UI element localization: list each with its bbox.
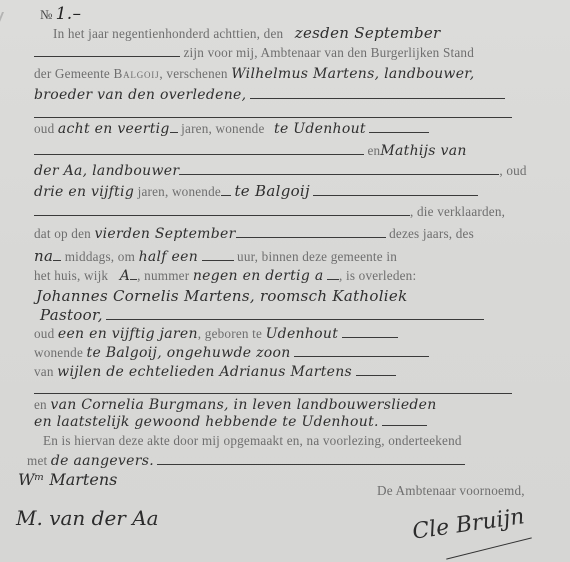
printed-text: en: [368, 143, 381, 158]
declarant-2-residence: te Balgoij: [234, 182, 310, 200]
printed-text: middags, om: [65, 249, 135, 264]
printed-text: zijn voor mij, Ambtenaar van den Burgerl…: [184, 45, 475, 60]
blank-rule: [202, 259, 234, 261]
blank-rule: [157, 463, 465, 465]
blank-rule: [170, 131, 178, 133]
printed-text: met: [27, 453, 47, 468]
line-1: In het jaar negentienhonderd achttien, d…: [53, 24, 441, 44]
blank-rule: [356, 374, 396, 376]
parents-last-residence: en laatstelijk gewoond hebbende te Udenh…: [34, 414, 379, 430]
declarant-2-handwritten: Mathijs van: [380, 143, 466, 159]
blank-rule: [34, 393, 512, 394]
line-16: oud een en vijftig jaren, geboren te Ude…: [34, 326, 398, 346]
father-name-handwritten: wijlen de echtelieden Adrianus Martens: [57, 364, 352, 380]
deceased-name-handwritten: Johannes Cornelis Martens, roomsch Katho…: [36, 287, 407, 305]
line-7: enMathijs van: [34, 143, 467, 163]
time-handwritten: half een: [139, 249, 198, 265]
official-label: De Ambtenaar voornoemd,: [377, 483, 525, 498]
blank-rule: [53, 259, 61, 261]
line-18: van wijlen de echtelieden Adrianus Marte…: [34, 364, 396, 384]
record-number-value: 1.–: [56, 4, 82, 24]
line-22: En is hiervan deze akte door mij opgemaa…: [43, 433, 462, 453]
printed-text: In het jaar negentienhonderd achttien, d…: [53, 26, 283, 41]
blank-rule: [34, 117, 512, 118]
deceased-birthplace: Udenhout: [266, 326, 339, 342]
printed-text: , geboren te: [198, 326, 262, 341]
blank-rule: [34, 153, 364, 155]
line-4: broeder van den overledene,: [34, 87, 505, 107]
signature-witness-1: Wᵐ Martens: [18, 470, 117, 489]
declarant-1-relation: broeder van den overledene,: [34, 87, 246, 103]
blank-rule: [34, 55, 180, 57]
line-11: dat op den vierden September dezes jaars…: [34, 226, 474, 246]
blank-rule: [221, 194, 231, 196]
blank-rule: [250, 97, 505, 99]
printed-text: der Gemeente: [34, 66, 110, 81]
printed-text: En is hiervan deze akte door mij opgemaa…: [43, 433, 462, 448]
declarant-1-handwritten: Wilhelmus Martens, landbouwer,: [231, 66, 474, 82]
declarant-2-occupation: der Aa, landbouwer: [34, 163, 179, 179]
municipality-name: Balgoij: [114, 66, 160, 81]
printed-text: , die verklaarden,: [410, 204, 505, 219]
line-21: en laatstelijk gewoond hebbende te Udenh…: [34, 414, 427, 434]
deceased-age: een en vijftig jaren: [58, 326, 198, 342]
blank-rule: [369, 131, 429, 133]
signature-official: Cle Bruijn: [411, 504, 526, 544]
ward-handwritten: A: [120, 268, 130, 284]
blank-rule: [382, 424, 427, 426]
printed-text: uur, binnen deze gemeente in: [237, 249, 397, 264]
blank-rule: [236, 236, 386, 238]
margin-stroke: [0, 12, 4, 107]
line-2: zijn voor mij, Ambtenaar van den Burgerl…: [34, 45, 474, 65]
signers-handwritten: de aangevers.: [51, 453, 154, 469]
signature-witness-2: M. van der Aa: [16, 506, 159, 530]
printed-text: , verschenen: [159, 66, 227, 81]
blank-rule: [179, 173, 499, 175]
number-prefix: №: [40, 7, 52, 22]
line-17: wonende te Balgoij, ongehuwde zoon: [34, 345, 429, 365]
printed-text: jaren, wonende: [138, 184, 221, 199]
deceased-residence-status: te Balgoij, ongehuwde zoon: [87, 345, 291, 361]
printed-text: oud: [34, 121, 54, 136]
declarant-1-age: acht en veertig: [58, 121, 170, 137]
deceased-occupation: Pastoor,: [40, 306, 103, 324]
printed-text: en: [34, 397, 47, 412]
line-9: drie en vijftig jaren, wonende te Balgoi…: [34, 182, 478, 202]
declarant-2-age: drie en vijftig: [34, 184, 134, 200]
date-handwritten: zesden September: [295, 24, 441, 42]
house-number-handwritten: negen en dertig a: [193, 268, 324, 284]
line-3: der Gemeente Balgoij, verschenen Wilhelm…: [34, 66, 475, 86]
line-15: Pastoor,: [40, 306, 484, 326]
signature-flourish: [446, 537, 532, 559]
printed-text: , is overleden:: [339, 268, 416, 283]
civil-death-record-page: № 1.– In het jaar negentienhonderd achtt…: [0, 0, 570, 562]
blank-rule: [313, 194, 478, 196]
line-8: der Aa, landbouwer, oud: [34, 163, 527, 183]
printed-text: dezes jaars, des: [389, 226, 474, 241]
printed-text: dat op den: [34, 226, 91, 241]
printed-text: oud: [34, 326, 54, 341]
record-number: № 1.–: [40, 4, 81, 24]
death-date-handwritten: vierden September: [94, 226, 235, 242]
mother-name-handwritten: van Cornelia Burgmans, in leven landbouw…: [50, 397, 436, 413]
printed-text: het huis, wijk: [34, 268, 108, 283]
line-12: na middags, om half een uur, binnen deze…: [34, 247, 397, 267]
line-10: , die verklaarden,: [34, 204, 505, 224]
blank-rule: [327, 278, 339, 280]
blank-rule: [106, 318, 484, 320]
printed-text: , nummer: [137, 268, 189, 283]
line-13: het huis, wijk A, nummer negen en dertig…: [34, 268, 416, 288]
printed-text: , oud: [499, 163, 526, 178]
official-label-line: De Ambtenaar voornoemd,: [377, 483, 525, 503]
declarant-1-residence: te Udenhout: [274, 121, 366, 137]
printed-text: wonende: [34, 345, 83, 360]
line-14: Johannes Cornelis Martens, roomsch Katho…: [36, 287, 407, 307]
blank-rule: [294, 355, 429, 357]
printed-text: jaren, wonende: [181, 121, 264, 136]
printed-text: van: [34, 364, 54, 379]
blank-rule: [342, 336, 398, 338]
time-period-handwritten: na: [34, 247, 53, 265]
line-6: oud acht en veertig jaren, wonende te Ud…: [34, 121, 429, 141]
blank-rule: [34, 214, 410, 216]
